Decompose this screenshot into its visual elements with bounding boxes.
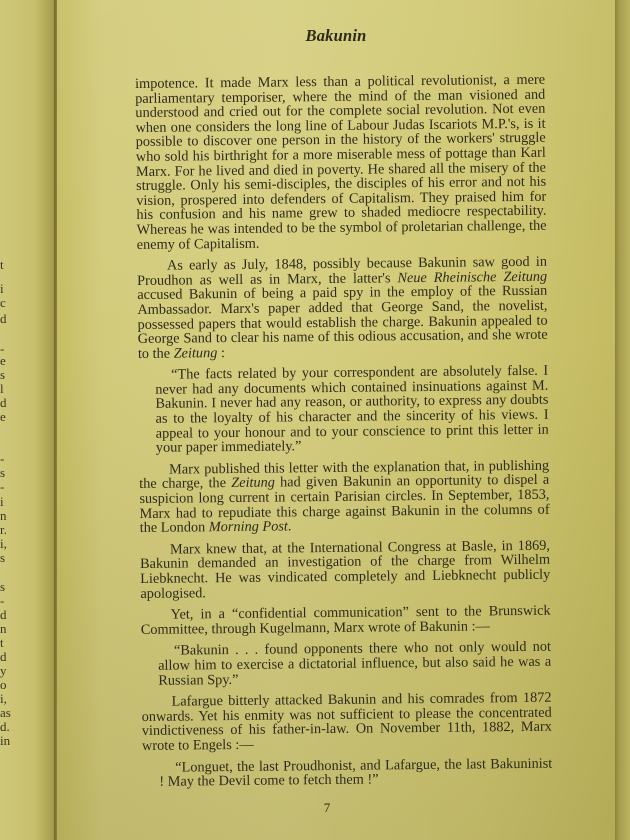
facing-page-fragment: i xyxy=(0,282,12,296)
running-head: Bakunin xyxy=(57,26,615,46)
facing-page-fragment: in xyxy=(0,734,12,748)
paragraph: As early as July, 1848, possibly because… xyxy=(137,255,548,361)
facing-page-fragment: i, xyxy=(0,692,12,706)
facing-page-fragment: i, xyxy=(0,537,12,551)
facing-page-fragment: i xyxy=(0,495,12,509)
paragraph: Marx published this letter with the expl… xyxy=(139,459,550,536)
block-quote: “Bakunin . . . found opponents there who… xyxy=(158,640,551,688)
facing-page-fragment: c xyxy=(0,296,12,310)
facing-page-fragment: n xyxy=(0,509,12,523)
text-run: . xyxy=(288,519,292,535)
facing-page-fragment: l xyxy=(0,382,12,396)
facing-page-fragment: e xyxy=(0,410,12,424)
facing-page-fragment: d xyxy=(0,312,12,326)
text-run: Lafargue bitterly attacked Bakunin and h… xyxy=(142,690,552,754)
facing-page-fragment: s xyxy=(0,466,12,480)
text-run: “Longuet, the last Proudhonist, and Lafa… xyxy=(159,755,552,790)
facing-page-fragment: d xyxy=(0,608,12,622)
facing-page-fragment: - xyxy=(0,480,12,494)
text-run: Yet, in a “confidential communication” s… xyxy=(141,603,551,638)
page-number: 7 xyxy=(57,800,597,816)
block-quote: “Longuet, the last Proudhonist, and Lafa… xyxy=(159,756,552,789)
facing-page-fragment: d xyxy=(0,650,12,664)
facing-page-fragment: as xyxy=(0,706,12,720)
facing-page-fragment: d. xyxy=(0,720,12,734)
facing-page-fragment: y xyxy=(0,664,12,678)
facing-page-fragment: t xyxy=(0,636,12,650)
facing-page-fragment: d xyxy=(0,396,12,410)
text-run: Marx knew that, at the International Con… xyxy=(140,537,550,601)
paragraph: Lafargue bitterly attacked Bakunin and h… xyxy=(141,691,552,754)
facing-page-fragment: s xyxy=(0,580,12,594)
facing-page: ticd-eslde-s-inr.i,ss-dntdyoi,asd.in xyxy=(0,0,58,840)
page-edge xyxy=(615,0,630,840)
facing-page-fragment: t xyxy=(0,258,12,272)
block-quote: “The facts related by your correspondent… xyxy=(155,364,549,456)
text-run: impotence. It made Marx less than a poli… xyxy=(135,72,547,253)
italic-title: Morning Post xyxy=(209,519,288,536)
facing-page-fragment: - xyxy=(0,594,12,608)
facing-page-fragment: - xyxy=(0,452,12,466)
paragraph: impotence. It made Marx less than a poli… xyxy=(135,73,547,252)
italic-title: Zeitung xyxy=(174,345,218,361)
facing-page-fragment: r. xyxy=(0,523,12,537)
facing-page-fragment: n xyxy=(0,622,12,636)
facing-page-fragment: e xyxy=(0,354,12,368)
text-run: : xyxy=(217,345,225,361)
paragraph: Yet, in a “confidential communication” s… xyxy=(141,604,551,637)
text-run: “The facts related by your correspondent… xyxy=(155,363,549,456)
facing-page-fragment: s xyxy=(0,551,12,565)
text-run: “Bakunin . . . found opponents there who… xyxy=(158,639,551,688)
facing-page-fragment: s xyxy=(0,368,12,382)
facing-page-fragment: o xyxy=(0,678,12,692)
paragraph: Marx knew that, at the International Con… xyxy=(140,538,551,601)
page-body: impotence. It made Marx less than a poli… xyxy=(135,73,553,797)
